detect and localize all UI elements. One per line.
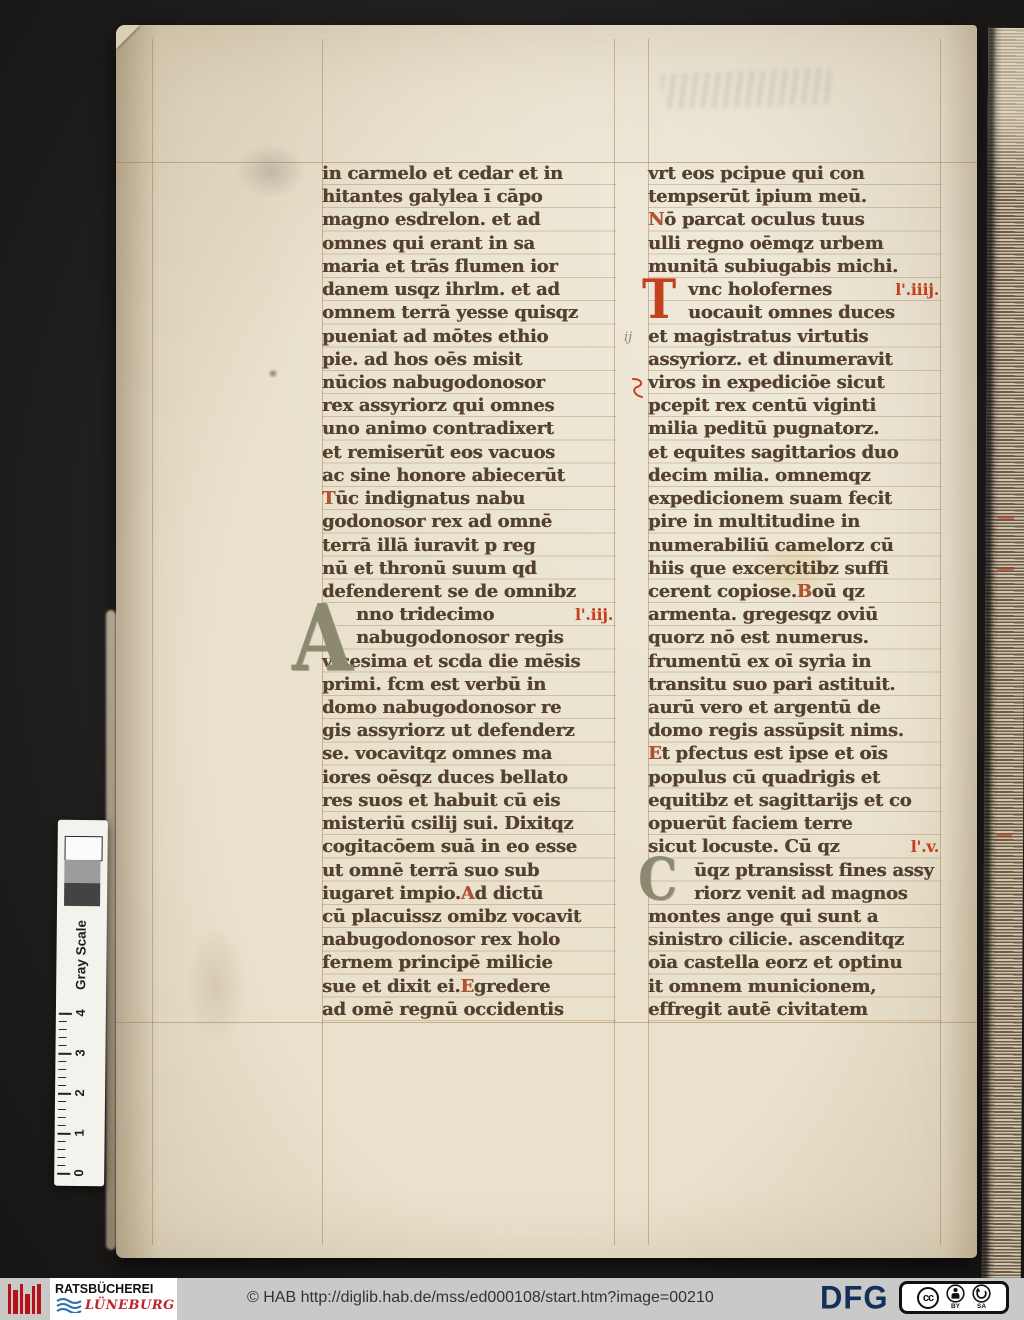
text-column-right: vrt eos pcipue qui contempserūt ipium me…: [648, 162, 942, 1021]
manuscript-text: N: [648, 208, 664, 231]
ruler-patch-midgray: [64, 860, 100, 883]
manuscript-text: iugaret impio.: [322, 882, 461, 905]
manuscript-text: it omnem municionem,: [648, 975, 876, 998]
gutter-quire-mark: ij: [624, 330, 632, 345]
manuscript-text: defenderent se de omnibz: [322, 580, 576, 603]
manuscript-line: vnc holofernesl'.iiij.: [648, 278, 942, 301]
manuscript-line: omnem terrā yesse quisqz: [322, 301, 616, 324]
manuscript-text: vicesima et scda die mēsis: [322, 650, 580, 673]
manuscript-line: riorz venit ad magnos: [648, 882, 942, 905]
manuscript-line: ulli regno oēmqz urbem: [648, 232, 942, 255]
manuscript-text: et equites sagittarios duo: [648, 441, 898, 464]
manuscript-text: nūcios nabugodonosor: [322, 371, 545, 394]
manuscript-text: et remiserūt eos vacuos: [322, 441, 555, 464]
manuscript-line: it omnem municionem,: [648, 975, 942, 998]
manuscript-line: opuerūt faciem terre: [648, 812, 942, 835]
manuscript-line: omnes qui erant in sa: [322, 232, 616, 255]
manuscript-text: aurū vero et argentū de: [648, 696, 880, 719]
manuscript-line: cogitacōem suā in eo esse: [322, 835, 616, 858]
manuscript-text: ac sine honore abiecerūt: [322, 464, 565, 487]
manuscript-text: nno tridecimo: [356, 603, 494, 626]
cc-by-badge: BY: [946, 1284, 965, 1311]
stain: [186, 925, 246, 1045]
manuscript-page: in carmelo et cedar et inhitantes galyle…: [116, 25, 977, 1258]
manuscript-line: nūcios nabugodonosor: [322, 371, 616, 394]
manuscript-text: oīa castella eorz et optinu: [648, 951, 902, 974]
manuscript-line: ac sine honore abiecerūt: [322, 464, 616, 487]
decorated-initial-t: T: [642, 275, 676, 324]
manuscript-text: nabugodonosor regis: [356, 626, 563, 649]
manuscript-line: ūqz ptransisst fines assy: [648, 859, 942, 882]
text-column-left: in carmelo et cedar et inhitantes galyle…: [322, 162, 616, 1021]
manuscript-line: in carmelo et cedar et in: [322, 162, 616, 185]
manuscript-text: rex assyriorz qui omnes: [322, 394, 554, 417]
manuscript-line: hiis que excercitibz suffi: [648, 557, 942, 580]
manuscript-line: tempserūt ipium meū.: [648, 185, 942, 208]
manuscript-line: Nō parcat oculus tuus: [648, 208, 942, 231]
manuscript-line: oīa castella eorz et optinu: [648, 951, 942, 974]
manuscript-line: assyriorz. et dinumeravit: [648, 348, 942, 371]
manuscript-text: pcepit rex centū viginti: [648, 394, 876, 417]
manuscript-text: effregit autē civitatem: [648, 998, 868, 1021]
manuscript-line: viros in expediciōe sicut: [648, 371, 942, 394]
chapter-rubric: l'.iiij.: [895, 278, 942, 301]
manuscript-line: sinistro cilicie. ascenditqz: [648, 928, 942, 951]
manuscript-line: cū placuissz omibz vocavit: [322, 905, 616, 928]
manuscript-line: sue et dixit ei. Egredere: [322, 975, 616, 998]
manuscript-text: viros in expediciōe sicut: [648, 371, 884, 394]
manuscript-line: effregit autē civitatem: [648, 998, 942, 1021]
ruler-number: 3: [72, 1041, 86, 1065]
manuscript-text: magno esdrelon. et ad: [322, 208, 540, 231]
manuscript-line: uocauit omnes duces: [648, 301, 942, 324]
manuscript-text: omnem terrā yesse quisqz: [322, 301, 578, 324]
manuscript-text: domo regis assūpsit nims.: [648, 719, 904, 742]
ruler-major-tick: [58, 1133, 71, 1135]
manuscript-text: numerabiliū camelorz cū: [648, 534, 893, 557]
footer-bar: RATSBÜCHEREI LÜNEBURG © HAB http://digli…: [0, 1278, 1024, 1320]
manuscript-line: et magistratus virtutis: [648, 325, 942, 348]
manuscript-line: defenderent se de omnibz: [322, 580, 616, 603]
left-leaf-edge: [106, 610, 116, 1250]
manuscript-line: terrā illā iuravit p reg: [322, 534, 616, 557]
manuscript-text: omnes qui erant in sa: [322, 232, 535, 255]
manuscript-text: sinistro cilicie. ascenditqz: [648, 928, 904, 951]
manuscript-line: munitā subiugabis michi.: [648, 255, 942, 278]
manuscript-text: uno animo contradixert: [322, 417, 554, 440]
ruler-major-tick: [59, 1013, 72, 1015]
manuscript-text: transitu suo pari astituit.: [648, 673, 895, 696]
manuscript-line: et remiserūt eos vacuos: [322, 441, 616, 464]
manuscript-text: domo nabugodonosor re: [322, 696, 561, 719]
manuscript-text: misteriū csilij sui. Dixitqz: [322, 812, 573, 835]
ruling-line: [116, 1022, 977, 1023]
manuscript-line: res suos et habuit cū eis: [322, 789, 616, 812]
manuscript-line: iores oēsqz duces bellato: [322, 766, 616, 789]
stain: [236, 143, 306, 199]
manuscript-line: pcepit rex centū viginti: [648, 394, 942, 417]
manuscript-line: transitu suo pari astituit.: [648, 673, 942, 696]
manuscript-line: vrt eos pcipue qui con: [648, 162, 942, 185]
manuscript-line: rex assyriorz qui omnes: [322, 394, 616, 417]
foredge-red-mark: [996, 834, 1012, 837]
manuscript-line: iugaret impio. Ad dictū: [322, 882, 616, 905]
manuscript-text: nū et thronū suum qd: [322, 557, 537, 580]
manuscript-line: sicut locuste. Cū qzl'.v.: [648, 835, 942, 858]
ruler-number: 0: [71, 1161, 85, 1185]
manuscript-line: et equites sagittarios duo: [648, 441, 942, 464]
cc-sa-badge: SA: [972, 1284, 991, 1311]
manuscript-line: pie. ad hos oēs misit: [322, 348, 616, 371]
manuscript-line: uno animo contradixert: [322, 417, 616, 440]
manuscript-text: populus cū quadrigis et: [648, 766, 880, 789]
manuscript-line: fernem principē milicie: [322, 951, 616, 974]
manuscript-line: pire in multitudine in: [648, 510, 942, 533]
manuscript-text: pire in multitudine in: [648, 510, 860, 533]
manuscript-line: pueniat ad mōtes ethio: [322, 325, 616, 348]
manuscript-line: domo regis assūpsit nims.: [648, 719, 942, 742]
manuscript-text: cū placuissz omibz vocavit: [322, 905, 581, 928]
manuscript-line: Et pfectus est ipse et oīs: [648, 742, 942, 765]
ruler-number: 1: [72, 1121, 86, 1145]
manuscript-text: uocauit omnes duces: [688, 301, 895, 324]
manuscript-line: aurū vero et argentū de: [648, 696, 942, 719]
foredge-red-mark: [998, 516, 1014, 519]
page-corner-fold: [116, 25, 140, 49]
manuscript-text: decim milia. omnemqz: [648, 464, 870, 487]
library-name-line1: RATSBÜCHEREI: [55, 1282, 177, 1296]
manuscript-text: ut omnē terrā suo sub: [322, 859, 539, 882]
foredge-red-mark: [997, 568, 1013, 571]
cc-license-plate: cc BY SA: [899, 1281, 1009, 1314]
manuscript-text: iores oēsqz duces bellato: [322, 766, 568, 789]
decorated-initial-c: C: [638, 853, 677, 905]
manuscript-text: equitibz et sagittarijs et co: [648, 789, 911, 812]
book-waves-icon: [56, 1297, 82, 1313]
manuscript-text: E: [460, 975, 473, 998]
decorated-initial-a: A: [292, 597, 353, 680]
library-logo: RATSBÜCHEREI LÜNEBURG: [50, 1278, 177, 1320]
manuscript-text: gredere: [474, 975, 550, 998]
manuscript-line: frumentū ex oī syria in: [648, 650, 942, 673]
manuscript-text: A: [461, 882, 475, 905]
manuscript-text: pie. ad hos oēs misit: [322, 348, 522, 371]
manuscript-line: maria et trās flumen ior: [322, 255, 616, 278]
chapter-rubric: l'.v.: [911, 835, 942, 858]
manuscript-line: Tūc indignatus nabu: [322, 487, 616, 510]
manuscript-text: se. vocavitqz omnes ma: [322, 742, 552, 765]
manuscript-line: nno tridecimol'.iij.: [322, 603, 616, 626]
red-paragraph-mark-icon: [630, 377, 646, 399]
manuscript-text: oū qz: [812, 580, 865, 603]
manuscript-text: sue et dixit ei.: [322, 975, 460, 998]
manuscript-text: terrā illā iuravit p reg: [322, 534, 535, 557]
manuscript-text: et magistratus virtutis: [648, 325, 868, 348]
manuscript-line: domo nabugodonosor re: [322, 696, 616, 719]
manuscript-text: expedicionem suam fecit: [648, 487, 892, 510]
manuscript-line: gis assyriorz ut defenderz: [322, 719, 616, 742]
manuscript-text: cogitacōem suā in eo esse: [322, 835, 577, 858]
manuscript-line: hitantes galylea ī cāpo: [322, 185, 616, 208]
chapter-rubric: l'.iij.: [575, 603, 616, 626]
cc-by-person-icon: [946, 1284, 965, 1303]
manuscript-text: B: [797, 580, 812, 603]
manuscript-line: quorz nō est numerus.: [648, 626, 942, 649]
manuscript-line: armenta. gregesqz oviū: [648, 603, 942, 626]
manuscript-line: primi. fcm est verbū in: [322, 673, 616, 696]
manuscript-text: fernem principē milicie: [322, 951, 553, 974]
manuscript-text: godonosor rex ad omnē: [322, 510, 552, 533]
manuscript-line: milia peditū pugnatorz.: [648, 417, 942, 440]
manuscript-text: opuerūt faciem terre: [648, 812, 852, 835]
manuscript-text: ad omē regnū occidentis: [322, 998, 564, 1021]
manuscript-text: t pfectus est ipse et oīs: [661, 742, 887, 765]
manuscript-line: nabugodonosor rex holo: [322, 928, 616, 951]
ruler-patch-white: [64, 836, 102, 861]
library-name-line2: LÜNEBURG: [85, 1298, 175, 1313]
manuscript-text: primi. fcm est verbū in: [322, 673, 546, 696]
manuscript-text: hiis que excercitibz suffi: [648, 557, 888, 580]
copyright-url: © HAB http://diglib.hab.de/mss/ed000108/…: [247, 1289, 714, 1307]
manuscript-line: cerent copiose. Boū qz: [648, 580, 942, 603]
manuscript-text: danem usqz ihrlm. et ad: [322, 278, 560, 301]
manuscript-text: maria et trās flumen ior: [322, 255, 558, 278]
manuscript-line: godonosor rex ad omnē: [322, 510, 616, 533]
manuscript-text: d dictū: [474, 882, 543, 905]
erased-inscription-smudge: [660, 68, 831, 110]
manuscript-text: frumentū ex oī syria in: [648, 650, 871, 673]
manuscript-line: magno esdrelon. et ad: [322, 208, 616, 231]
manuscript-text: E: [648, 742, 661, 765]
manuscript-line: nabugodonosor regis: [322, 626, 616, 649]
manuscript-text: pueniat ad mōtes ethio: [322, 325, 548, 348]
manuscript-text: gis assyriorz ut defenderz: [322, 719, 574, 742]
manuscript-text: ūqz ptransisst fines assy: [694, 859, 934, 882]
manuscript-line: se. vocavitqz omnes ma: [322, 742, 616, 765]
manuscript-text: nabugodonosor rex holo: [322, 928, 560, 951]
manuscript-text: res suos et habuit cū eis: [322, 789, 560, 812]
manuscript-text: montes ange qui sunt a: [648, 905, 878, 928]
book-foredge: [982, 28, 1024, 1290]
manuscript-text: hitantes galylea ī cāpo: [322, 185, 542, 208]
manuscript-text: T: [322, 487, 335, 510]
ruling-line: [152, 39, 153, 1245]
manuscript-text: ūc indignatus nabu: [335, 487, 525, 510]
manuscript-text: munitā subiugabis michi.: [648, 255, 898, 278]
manuscript-line: numerabiliū camelorz cū: [648, 534, 942, 557]
manuscript-text: vrt eos pcipue qui con: [648, 162, 864, 185]
ink-spot: [268, 369, 278, 378]
manuscript-line: montes ange qui sunt a: [648, 905, 942, 928]
manuscript-text: milia peditū pugnatorz.: [648, 417, 879, 440]
photo-backdrop: in carmelo et cedar et inhitantes galyle…: [0, 0, 1024, 1278]
cc-icon: cc: [917, 1287, 939, 1309]
manuscript-line: ut omnē terrā suo sub: [322, 859, 616, 882]
manuscript-line: vicesima et scda die mēsis: [322, 650, 616, 673]
manuscript-text: quorz nō est numerus.: [648, 626, 869, 649]
manuscript-text: tempserūt ipium meū.: [648, 185, 867, 208]
ratsbuecherei-bars-icon: [6, 1282, 44, 1316]
manuscript-line: misteriū csilij sui. Dixitqz: [322, 812, 616, 835]
manuscript-text: in carmelo et cedar et in: [322, 162, 563, 185]
manuscript-line: equitibz et sagittarijs et co: [648, 789, 942, 812]
manuscript-line: populus cū quadrigis et: [648, 766, 942, 789]
manuscript-line: expedicionem suam fecit: [648, 487, 942, 510]
dfg-logo: DFG: [820, 1279, 888, 1317]
ruler-number: 2: [72, 1081, 86, 1105]
manuscript-text: ulli regno oēmqz urbem: [648, 232, 883, 255]
manuscript-line: ad omē regnū occidentis: [322, 998, 616, 1021]
ruler-number: 4: [73, 1001, 87, 1025]
manuscript-text: riorz venit ad magnos: [694, 882, 907, 905]
ruler-label: Gray Scale: [73, 910, 90, 1000]
manuscript-text: assyriorz. et dinumeravit: [648, 348, 892, 371]
gray-scale-ruler: Gray Scale 43210: [54, 820, 108, 1187]
manuscript-text: ō parcat oculus tuus: [664, 208, 864, 231]
manuscript-line: decim milia. omnemqz: [648, 464, 942, 487]
ruler-major-tick: [58, 1093, 71, 1095]
ruler-patch-darkgray: [64, 883, 100, 906]
manuscript-line: nū et thronū suum qd: [322, 557, 616, 580]
manuscript-text: vnc holofernes: [688, 278, 832, 301]
manuscript-text: cerent copiose.: [648, 580, 797, 603]
ruler-major-tick: [58, 1053, 71, 1055]
cc-sa-arrow-icon: [972, 1284, 991, 1303]
ruler-major-tick: [57, 1173, 70, 1175]
manuscript-line: danem usqz ihrlm. et ad: [322, 278, 616, 301]
manuscript-text: armenta. gregesqz oviū: [648, 603, 878, 626]
